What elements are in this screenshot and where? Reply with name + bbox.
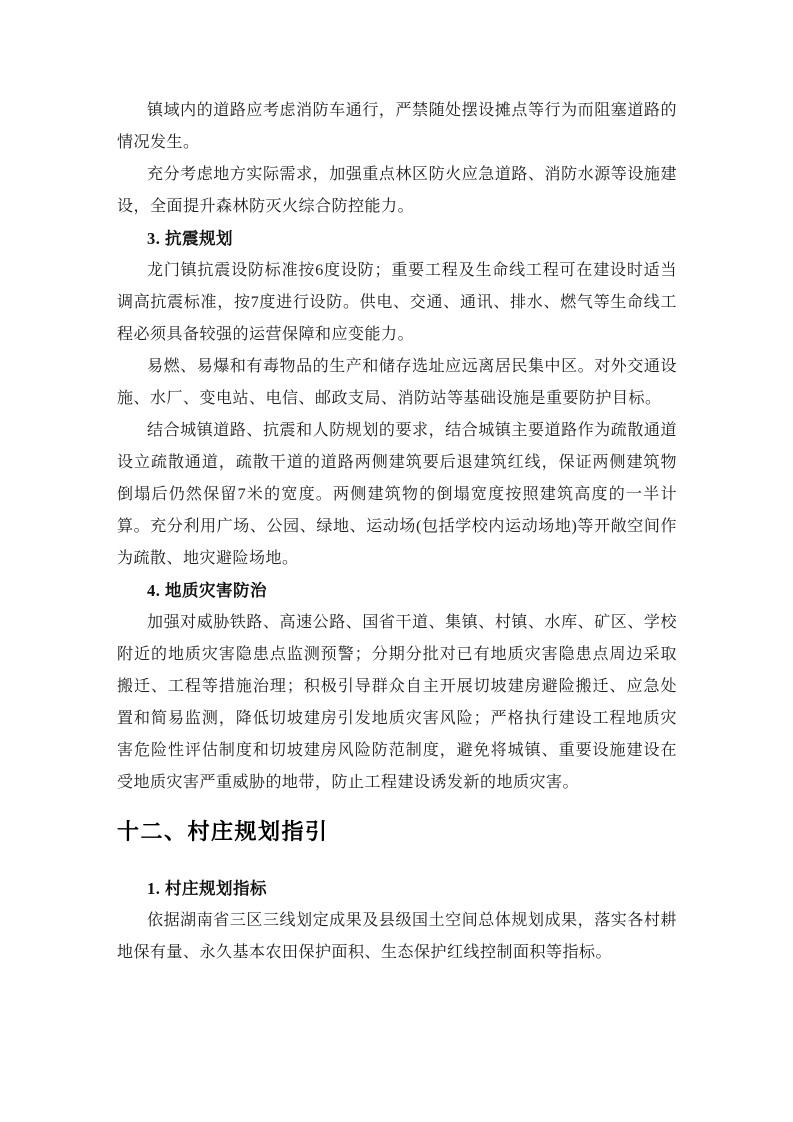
chapter-heading: 十二、村庄规划指引: [117, 817, 677, 847]
section-heading: 3. 抗震规划: [117, 223, 677, 255]
paragraph: 结合城镇道路、抗震和人防规划的要求，结合城镇主要道路作为疏散通道设立疏散通道，疏…: [117, 415, 677, 575]
document-page: 镇域内的道路应考虑消防车通行，严禁随处摆设摊点等行为而阻塞道路的情况发生。充分考…: [0, 0, 793, 1122]
paragraph: 镇域内的道路应考虑消防车通行，严禁随处摆设摊点等行为而阻塞道路的情况发生。: [117, 95, 677, 159]
paragraph: 加强对威胁铁路、高速公路、国省干道、集镇、村镇、水库、矿区、学校附近的地质灾害隐…: [117, 607, 677, 799]
document-content: 镇域内的道路应考虑消防车通行，严禁随处摆设摊点等行为而阻塞道路的情况发生。充分考…: [117, 95, 677, 969]
paragraph: 依据湖南省三区三线划定成果及县级国土空间总体规划成果，落实各村耕地保有量、永久基…: [117, 905, 677, 969]
paragraph: 易燃、易爆和有毒物品的生产和储存选址应远离居民集中区。对外交通设施、水厂、变电站…: [117, 351, 677, 415]
paragraph: 充分考虑地方实际需求，加强重点林区防火应急道路、消防水源等设施建设，全面提升森林…: [117, 159, 677, 223]
section-heading: 1. 村庄规划指标: [117, 873, 677, 905]
paragraph: 龙门镇抗震设防标准按6度设防；重要工程及生命线工程可在建设时适当调高抗震标准，按…: [117, 255, 677, 351]
section-heading: 4. 地质灾害防治: [117, 575, 677, 607]
